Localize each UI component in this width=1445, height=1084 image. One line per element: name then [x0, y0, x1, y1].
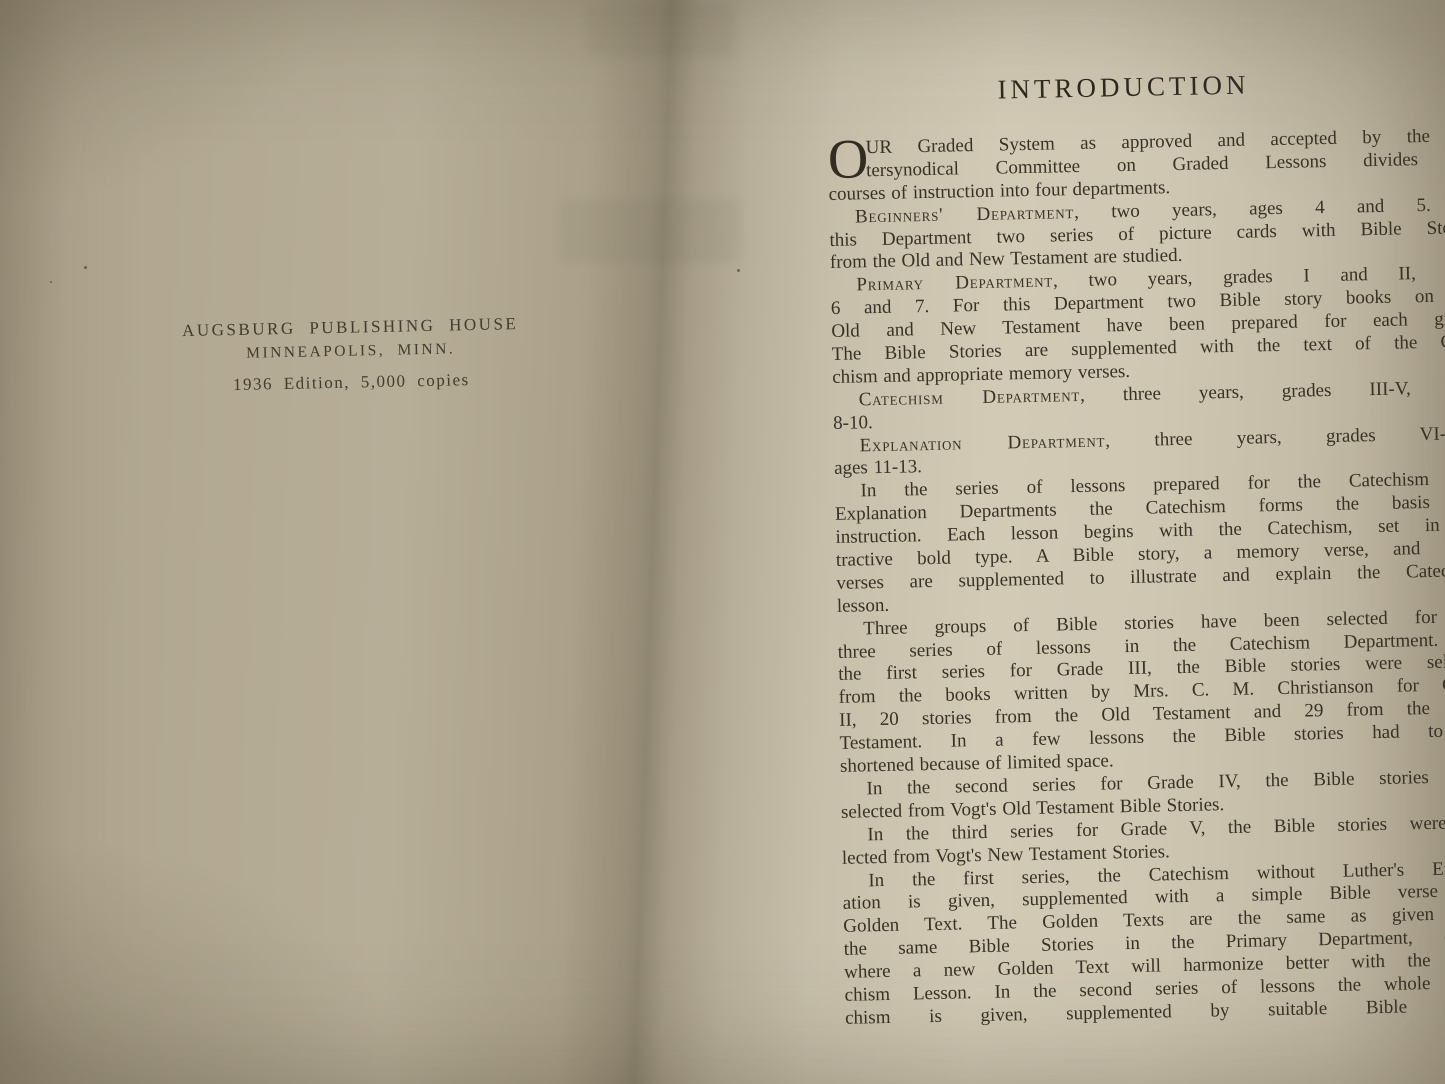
page-showthrough	[585, 4, 735, 56]
dust-speck	[50, 281, 52, 283]
book-photo: { "left_page": { "publisher_line1": "AUG…	[0, 0, 1445, 1084]
small-caps-heading: Beginners' Department	[855, 202, 1075, 227]
dust-speck	[737, 269, 740, 272]
drop-cap: O	[827, 136, 868, 183]
edition-note: 1936 Edition, 5,000 copies	[141, 366, 561, 399]
body-text: O UR Graded System as approved and accep…	[827, 125, 1445, 1031]
small-caps-heading: Catechism Department	[858, 385, 1080, 410]
small-caps-heading: Primary Department	[856, 271, 1053, 296]
page-title: INTRODUCTION	[798, 64, 1445, 111]
right-page: INTRODUCTION O UR Graded System as appro…	[826, 53, 1445, 1031]
small-caps-heading: Explanation Department	[859, 430, 1105, 456]
left-page-imprint: AUGSBURG PUBLISHING HOUSE MINNEAPOLIS, M…	[140, 311, 562, 399]
dust-speck	[84, 266, 87, 269]
page-showthrough	[560, 200, 740, 262]
